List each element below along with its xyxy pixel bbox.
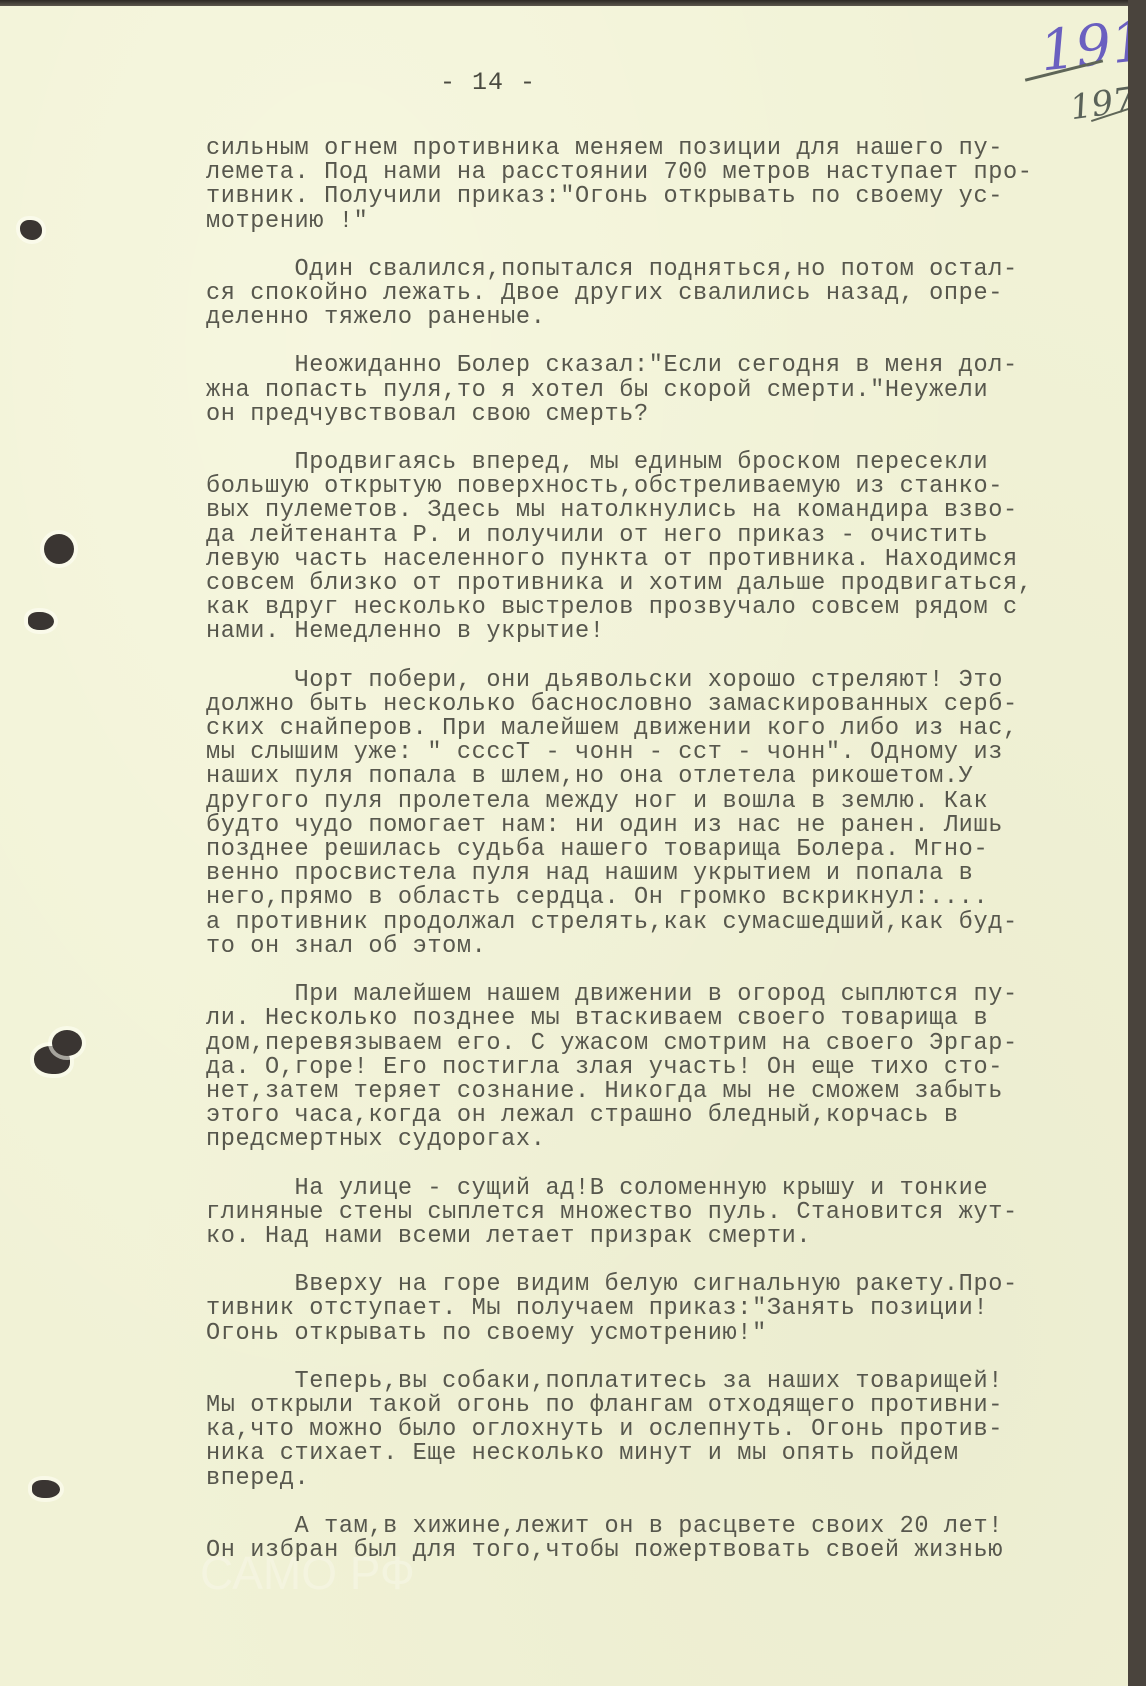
text-line: ся спокойно лежать. Двое других свалилис…	[206, 282, 1086, 306]
text-line: Чорт побери, они дьявольски хорошо стрел…	[206, 669, 1086, 693]
archive-sheet-number: 191 197	[1030, 14, 1120, 144]
text-line: этого часа,когда он лежал страшно бледны…	[206, 1104, 1086, 1128]
text-line: Один свалился,попытался подняться,но пот…	[206, 258, 1086, 282]
text-line: Он избран был для того,чтобы пожертвоват…	[206, 1539, 1086, 1563]
text-line: глиняные стены сыплется множество пуль. …	[206, 1201, 1086, 1225]
text-line: А там,в хижине,лежит он в расцвете своих…	[206, 1515, 1086, 1539]
punch-hole-6	[32, 1480, 60, 1498]
text-line: ника стихает. Еще несколько минут и мы о…	[206, 1442, 1086, 1466]
text-line: Продвигаясь вперед, мы единым броском пе…	[206, 451, 1086, 475]
text-line: ских снайперов. При малейшем движении ко…	[206, 717, 1086, 741]
paragraph-10: А там,в хижине,лежит он в расцвете своих…	[206, 1515, 1086, 1563]
punch-hole-2	[44, 534, 74, 564]
text-line: вперед.	[206, 1467, 1086, 1491]
paragraph-1: сильным огнем противника меняем позиции …	[206, 137, 1086, 234]
text-line: Мы открыли такой огонь по флангам отходя…	[206, 1394, 1086, 1418]
text-line: большую открытую поверхность,обстреливае…	[206, 475, 1086, 499]
text-line: венно просвистела пуля над нашим укрытие…	[206, 862, 1086, 886]
text-line: тивник. Получили приказ:"Огонь открывать…	[206, 185, 1086, 209]
text-line: он предчувствовал свою смерть?	[206, 403, 1086, 427]
text-line: то он знал об этом.	[206, 935, 1086, 959]
text-line: мотрению !"	[206, 210, 1086, 234]
text-line: как вдруг несколько выстрелов прозвучало…	[206, 596, 1086, 620]
text-line: позднее решилась судьба нашего товарища …	[206, 838, 1086, 862]
text-line: предсмертных судорогах.	[206, 1128, 1086, 1152]
text-line: вых пулеметов. Здесь мы натолкнулись на …	[206, 499, 1086, 523]
text-line: жна попасть пуля,то я хотел бы скорой см…	[206, 379, 1086, 403]
text-line: лемета. Под нами на расстоянии 700 метро…	[206, 161, 1086, 185]
text-line: нет,затем теряет сознание. Никогда мы не…	[206, 1080, 1086, 1104]
text-line: Вверху на горе видим белую сигнальную ра…	[206, 1273, 1086, 1297]
text-line: нами. Немедленно в укрытие!	[206, 620, 1086, 644]
text-line: мы слышим уже: " ссссТ - чонн - сст - чо…	[206, 741, 1086, 765]
paragraph-9: Теперь,вы собаки,поплатитесь за наших то…	[206, 1370, 1086, 1491]
text-line: а противник продолжал стрелять,как сумас…	[206, 911, 1086, 935]
paragraph-3: Неожиданно Болер сказал:"Если сегодня в …	[206, 354, 1086, 427]
text-line: дом,перевязываем его. С ужасом смотрим н…	[206, 1032, 1086, 1056]
text-line: наших пуля попала в шлем,но она отлетела…	[206, 765, 1086, 789]
paragraph-7: На улице - сущий ад!В соломенную крышу и…	[206, 1177, 1086, 1250]
text-line: Огонь открывать по своему усмотрению!"	[206, 1322, 1086, 1346]
text-line: ка,что можно было оглохнуть и ослепнуть.…	[206, 1418, 1086, 1442]
text-line: да лейтенанта Р. и получили от него прик…	[206, 524, 1086, 548]
text-line: На улице - сущий ад!В соломенную крышу и…	[206, 1177, 1086, 1201]
page-number: - 14 -	[440, 68, 536, 97]
paragraph-6: При малейшем нашем движении в огород сып…	[206, 983, 1086, 1152]
text-line: деленно тяжело раненые.	[206, 306, 1086, 330]
punch-hole-1	[20, 220, 42, 240]
text-line: ли. Несколько позднее мы втаскиваем свое…	[206, 1007, 1086, 1031]
punch-hole-5	[52, 1030, 82, 1056]
paragraph-2: Один свалился,попытался подняться,но пот…	[206, 258, 1086, 331]
document-page: САМО РФ - 14 - 191 197 сильным огнем про…	[0, 6, 1128, 1686]
text-line: него,прямо в область сердца. Он громко в…	[206, 886, 1086, 910]
text-line: да. О,горе! Его постигла злая участь! Он…	[206, 1056, 1086, 1080]
typewritten-text: сильным огнем противника меняем позиции …	[206, 137, 1086, 1587]
scan-right-edge	[1128, 0, 1146, 1686]
text-line: сильным огнем противника меняем позиции …	[206, 137, 1086, 161]
text-line: левую часть населенного пункта от против…	[206, 548, 1086, 572]
handwritten-sheet-number-gray: 197	[1068, 80, 1138, 129]
paragraph-5: Чорт побери, они дьявольски хорошо стрел…	[206, 669, 1086, 959]
punch-hole-3	[28, 612, 54, 630]
text-line: другого пуля пролетела между ног и вошла…	[206, 790, 1086, 814]
text-line: тивник отступает. Мы получаем приказ:"За…	[206, 1297, 1086, 1321]
text-line: ко. Над нами всеми летает призрак смерти…	[206, 1225, 1086, 1249]
text-line: Теперь,вы собаки,поплатитесь за наших то…	[206, 1370, 1086, 1394]
text-line: При малейшем нашем движении в огород сып…	[206, 983, 1086, 1007]
paragraph-8: Вверху на горе видим белую сигнальную ра…	[206, 1273, 1086, 1346]
paragraph-4: Продвигаясь вперед, мы единым броском пе…	[206, 451, 1086, 645]
text-line: должно быть несколько баснословно замаск…	[206, 693, 1086, 717]
text-line: Неожиданно Болер сказал:"Если сегодня в …	[206, 354, 1086, 378]
text-line: будто чудо помогает нам: ни один из нас …	[206, 814, 1086, 838]
text-line: совсем близко от противника и хотим даль…	[206, 572, 1086, 596]
